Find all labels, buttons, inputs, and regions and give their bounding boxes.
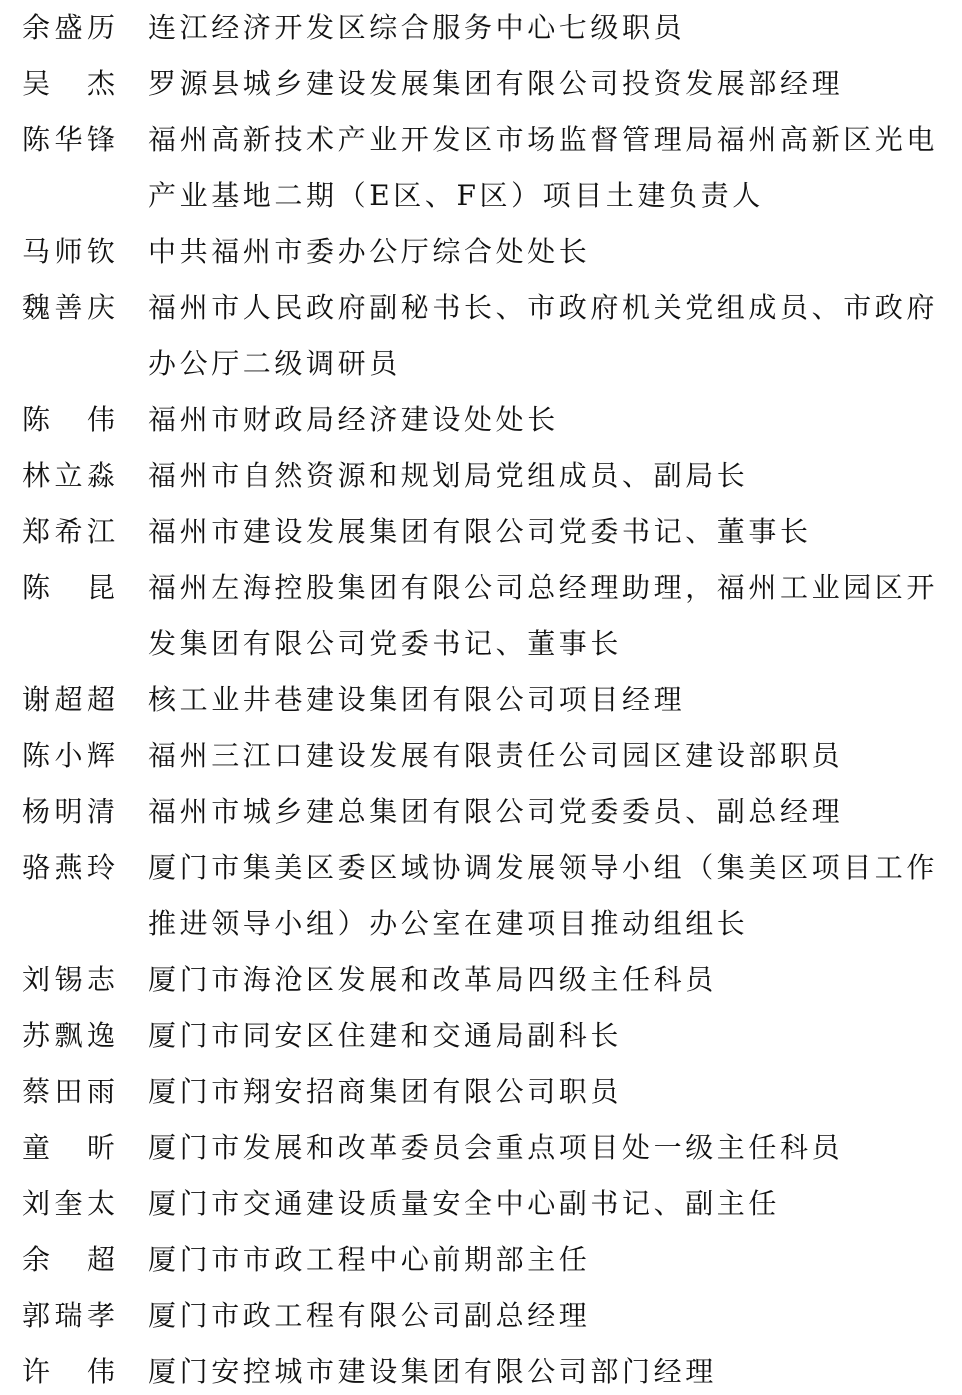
person-name: 郑希江 — [0, 504, 148, 560]
list-item: 陈伟 福州市财政局经济建设处处长 — [0, 392, 962, 448]
person-title: 福州市城乡建总集团有限公司党委委员、副总经理 — [148, 784, 962, 840]
person-name: 陈昆 — [0, 560, 148, 616]
person-name: 林立淼 — [0, 448, 148, 504]
person-title: 连江经济开发区综合服务中心七级职员 — [148, 0, 962, 56]
person-name: 吴杰 — [0, 56, 148, 112]
person-name: 许伟 — [0, 1344, 148, 1395]
list-item: 许伟 厦门安控城市建设集团有限公司部门经理 — [0, 1344, 962, 1395]
person-title: 厦门安控城市建设集团有限公司部门经理 — [148, 1344, 962, 1395]
person-title: 福州三江口建设发展有限责任公司园区建设部职员 — [148, 728, 962, 784]
list-item: 苏飘逸 厦门市同安区住建和交通局副科长 — [0, 1008, 962, 1064]
person-title: 厦门市市政工程中心前期部主任 — [148, 1232, 962, 1288]
list-item: 魏善庆 福州市人民政府副秘书长、市政府机关党组成员、市政府办公厅二级调研员 — [0, 280, 962, 392]
person-name: 陈华锋 — [0, 112, 148, 168]
person-title: 中共福州市委办公厅综合处处长 — [148, 224, 962, 280]
person-title: 福州市财政局经济建设处处长 — [148, 392, 962, 448]
person-title: 福州高新技术产业开发区市场监督管理局福州高新区光电产业基地二期（E区、F区）项目… — [148, 112, 962, 224]
list-item: 余盛历 连江经济开发区综合服务中心七级职员 — [0, 0, 962, 56]
person-title: 福州市建设发展集团有限公司党委书记、董事长 — [148, 504, 962, 560]
person-name: 蔡田雨 — [0, 1064, 148, 1120]
list-item: 吴杰 罗源县城乡建设发展集团有限公司投资发展部经理 — [0, 56, 962, 112]
person-title: 厦门市海沧区发展和改革局四级主任科员 — [148, 952, 962, 1008]
list-item: 刘锡志 厦门市海沧区发展和改革局四级主任科员 — [0, 952, 962, 1008]
list-item: 童昕 厦门市发展和改革委员会重点项目处一级主任科员 — [0, 1120, 962, 1176]
list-item: 陈小辉 福州三江口建设发展有限责任公司园区建设部职员 — [0, 728, 962, 784]
person-name: 童昕 — [0, 1120, 148, 1176]
person-title: 厦门市政工程有限公司副总经理 — [148, 1288, 962, 1344]
person-name: 骆燕玲 — [0, 840, 148, 896]
person-title: 福州市人民政府副秘书长、市政府机关党组成员、市政府办公厅二级调研员 — [148, 280, 962, 392]
person-title: 厦门市集美区委区域协调发展领导小组（集美区项目工作推进领导小组）办公室在建项目推… — [148, 840, 962, 952]
person-title: 厦门市同安区住建和交通局副科长 — [148, 1008, 962, 1064]
person-name: 郭瑞孝 — [0, 1288, 148, 1344]
list-item: 骆燕玲 厦门市集美区委区域协调发展领导小组（集美区项目工作推进领导小组）办公室在… — [0, 840, 962, 952]
person-name: 马师钦 — [0, 224, 148, 280]
person-title: 核工业井巷建设集团有限公司项目经理 — [148, 672, 962, 728]
person-title: 厦门市交通建设质量安全中心副书记、副主任 — [148, 1176, 962, 1232]
person-name: 谢超超 — [0, 672, 148, 728]
list-item: 余超 厦门市市政工程中心前期部主任 — [0, 1232, 962, 1288]
list-item: 林立淼 福州市自然资源和规划局党组成员、副局长 — [0, 448, 962, 504]
person-name: 苏飘逸 — [0, 1008, 148, 1064]
person-name: 杨明清 — [0, 784, 148, 840]
list-item: 蔡田雨 厦门市翔安招商集团有限公司职员 — [0, 1064, 962, 1120]
list-item: 陈华锋 福州高新技术产业开发区市场监督管理局福州高新区光电产业基地二期（E区、F… — [0, 112, 962, 224]
list-item: 谢超超 核工业井巷建设集团有限公司项目经理 — [0, 672, 962, 728]
person-title: 福州市自然资源和规划局党组成员、副局长 — [148, 448, 962, 504]
name-list: 余盛历 连江经济开发区综合服务中心七级职员 吴杰 罗源县城乡建设发展集团有限公司… — [0, 0, 962, 1395]
person-title: 罗源县城乡建设发展集团有限公司投资发展部经理 — [148, 56, 962, 112]
person-name: 魏善庆 — [0, 280, 148, 336]
list-item: 陈昆 福州左海控股集团有限公司总经理助理，福州工业园区开发集团有限公司党委书记、… — [0, 560, 962, 672]
list-item: 郭瑞孝 厦门市政工程有限公司副总经理 — [0, 1288, 962, 1344]
list-item: 马师钦 中共福州市委办公厅综合处处长 — [0, 224, 962, 280]
list-item: 杨明清 福州市城乡建总集团有限公司党委委员、副总经理 — [0, 784, 962, 840]
person-name: 陈伟 — [0, 392, 148, 448]
person-title: 福州左海控股集团有限公司总经理助理，福州工业园区开发集团有限公司党委书记、董事长 — [148, 560, 962, 672]
person-title: 厦门市翔安招商集团有限公司职员 — [148, 1064, 962, 1120]
list-item: 刘奎太 厦门市交通建设质量安全中心副书记、副主任 — [0, 1176, 962, 1232]
person-name: 陈小辉 — [0, 728, 148, 784]
person-name: 刘奎太 — [0, 1176, 148, 1232]
person-name: 刘锡志 — [0, 952, 148, 1008]
person-name: 余超 — [0, 1232, 148, 1288]
person-title: 厦门市发展和改革委员会重点项目处一级主任科员 — [148, 1120, 962, 1176]
person-name: 余盛历 — [0, 0, 148, 56]
list-item: 郑希江 福州市建设发展集团有限公司党委书记、董事长 — [0, 504, 962, 560]
